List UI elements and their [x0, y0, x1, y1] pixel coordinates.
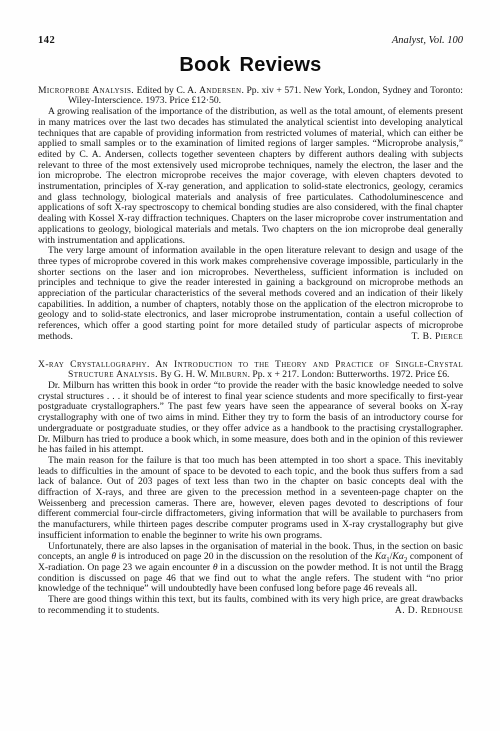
review-2-paragraph-3: Unfortunately, there are also lapses in …: [38, 542, 463, 596]
page-number: 142: [38, 36, 55, 47]
review-2-paragraph-4: There are good things within this text, …: [38, 595, 463, 616]
review-2-paragraph-1: Dr. Milburn has written this book in ord…: [38, 381, 463, 456]
reviewer-signature-2: A. D. Redhouse: [395, 606, 463, 617]
review-1-paragraph-2-text: The very large amount of information ava…: [38, 245, 463, 342]
review-2-paragraph-2: The main reason for the failure is that …: [38, 456, 463, 542]
page-header: 142 Analyst, Vol. 100: [38, 36, 463, 47]
review-1-heading: Microprobe Analysis. Edited by C. A. And…: [38, 86, 463, 107]
review-2-heading: X-ray Crystallography. An Introduction t…: [38, 360, 463, 381]
review-1-paragraph-1: A growing realisation of the importance …: [38, 107, 463, 246]
review-1-paragraph-2: The very large amount of information ava…: [38, 246, 463, 342]
review-xray-crystallography: X-ray Crystallography. An Introduction t…: [38, 360, 463, 617]
reviewer-signature-1: T. B. Pierce: [412, 332, 464, 343]
review-microprobe-analysis: Microprobe Analysis. Edited by C. A. And…: [38, 86, 463, 343]
journal-volume-title: Analyst, Vol. 100: [392, 36, 463, 47]
journal-page: 142 Analyst, Vol. 100 Book Reviews Micro…: [0, 0, 500, 731]
page-title: Book Reviews: [38, 54, 463, 76]
